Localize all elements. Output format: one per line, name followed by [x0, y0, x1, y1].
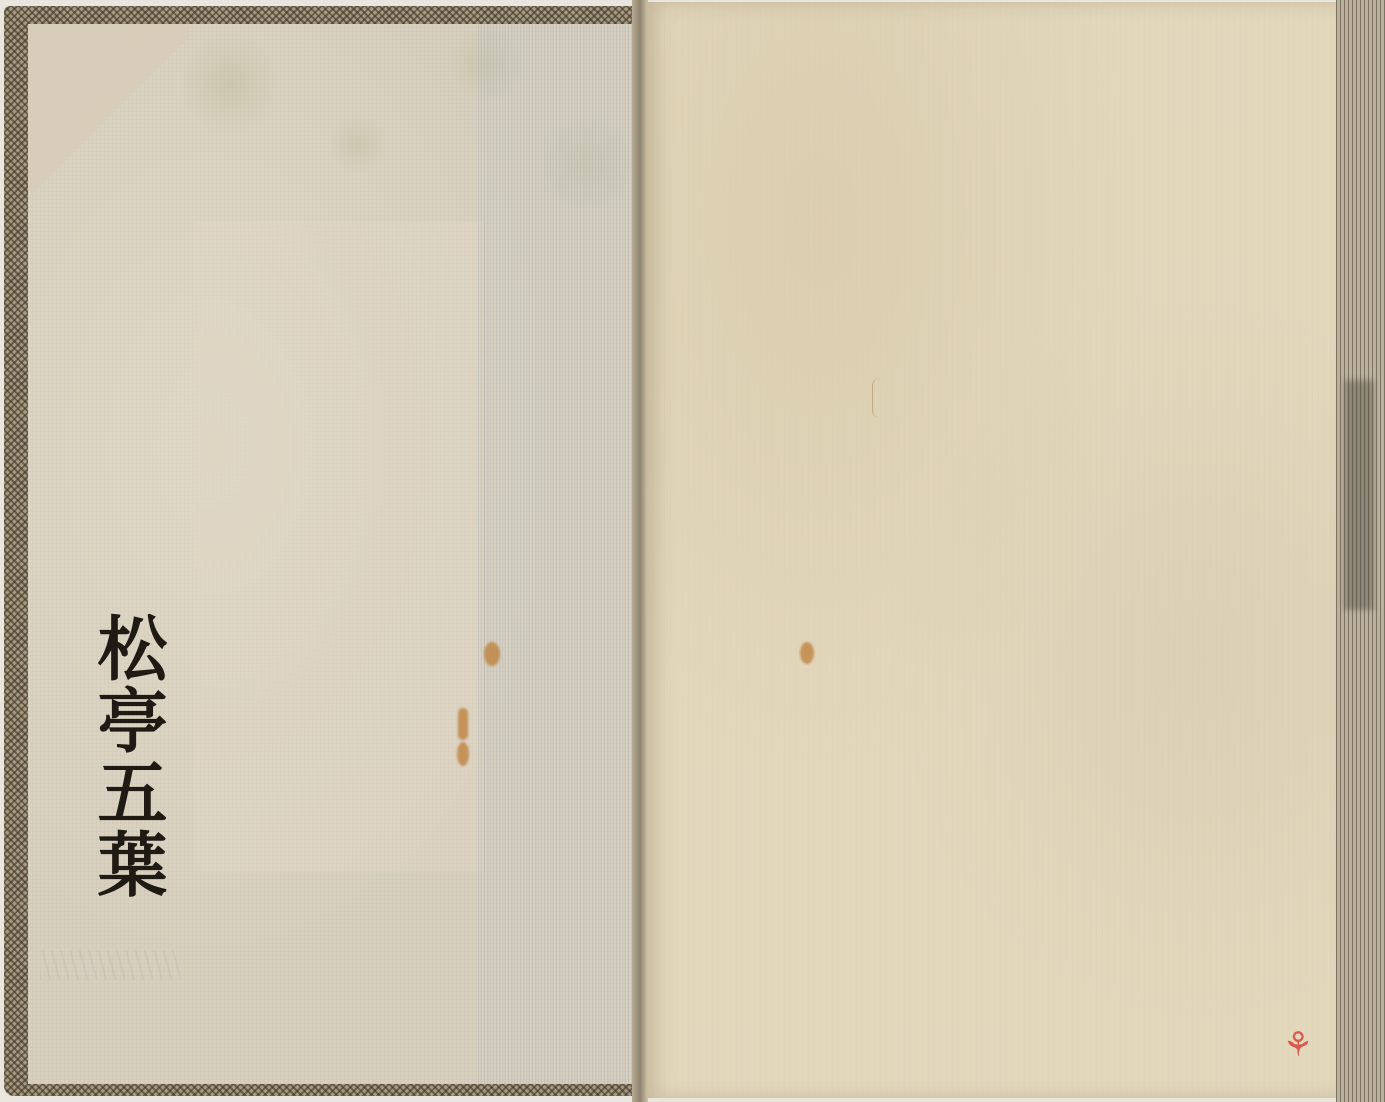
stain-spot-right [800, 642, 814, 664]
red-seal-stamp: ⚘ [1278, 1024, 1318, 1066]
right-endpaper [646, 2, 1338, 1098]
stain-streak-left-lower [457, 742, 469, 766]
book-scan: 松亭五葉 ⚘ [0, 0, 1385, 1102]
handwritten-title: 松亭五葉 [82, 612, 172, 900]
stain-streak-left [458, 708, 468, 740]
fiber-mark [872, 378, 881, 418]
left-endpaper [28, 24, 638, 1084]
folded-corner [28, 24, 188, 224]
grid-show-through-band [478, 24, 638, 1084]
pasted-panel [194, 222, 485, 872]
edge-discoloration [1344, 380, 1374, 610]
stain-spot-left [484, 642, 500, 666]
pencil-shelfmark [40, 950, 180, 980]
